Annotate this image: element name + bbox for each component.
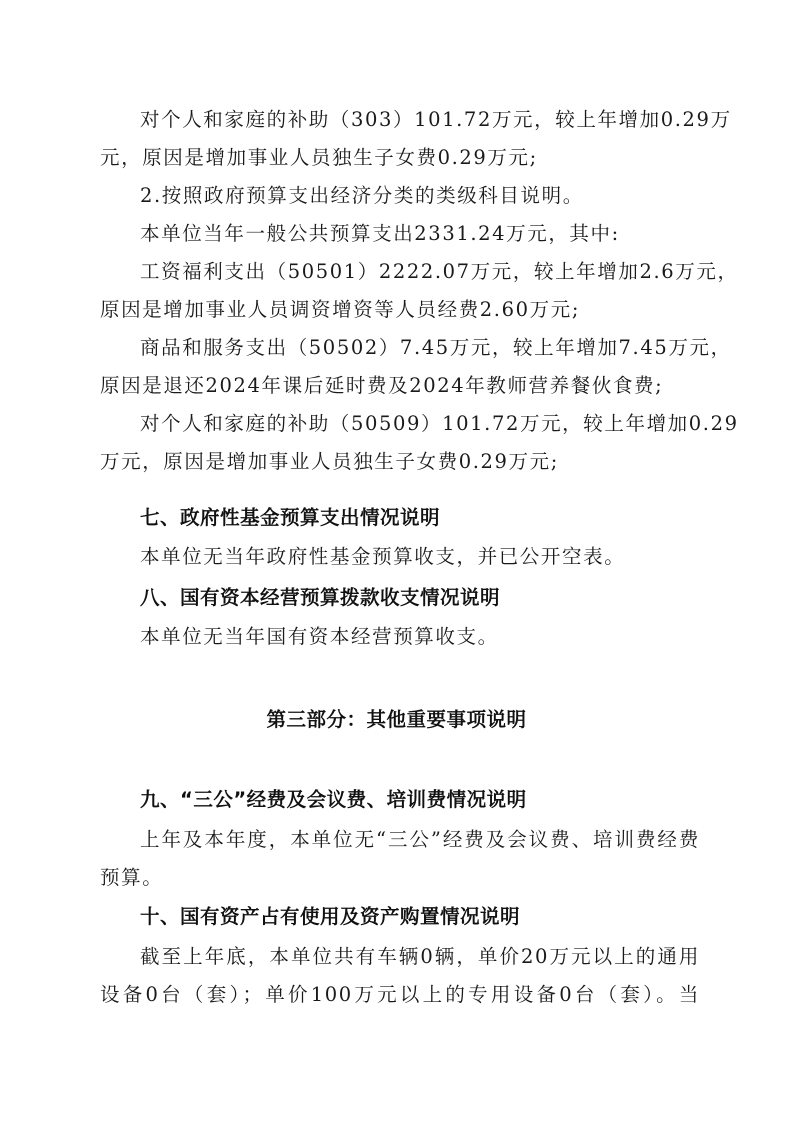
- document-page: 对个人和家庭的补助（303）101.72万元，较上年增加0.29万 元，原因是增…: [0, 0, 793, 1122]
- section-9-body-line: 预算。: [100, 866, 700, 890]
- section-10-body-line: 设备0台（套）；单价100万元以上的专用设备0台（套）。当: [100, 983, 700, 1007]
- paragraph-line: 万元，原因是增加事业人员独生子女费0.29万元;: [100, 450, 700, 474]
- paragraph-line: 对个人和家庭的补助（50509）101.72万元，较上年增加0.29: [140, 412, 700, 436]
- section-7-body: 本单位无当年政府性基金预算收支，并已公开空表。: [140, 545, 700, 569]
- paragraph-line: 原因是退还2024年课后延时费及2024年教师营养餐伙食费;: [100, 374, 700, 398]
- section-heading-8: 八、国有资本经营预算拨款收支情况说明: [140, 586, 500, 610]
- paragraph-line: 本单位当年一般公共预算支出2331.24万元，其中:: [140, 222, 700, 246]
- paragraph-line: 元，原因是增加事业人员独生子女费0.29万元;: [100, 146, 700, 170]
- section-9-body-line: 上年及本年度，本单位无“三公”经费及会议费、培训费经费: [140, 828, 700, 852]
- section-heading-10: 十、国有资产占有使用及资产购置情况说明: [140, 905, 520, 929]
- part-three-title: 第三部分：其他重要事项说明: [0, 708, 793, 732]
- section-heading-7: 七、政府性基金预算支出情况说明: [140, 506, 440, 530]
- section-10-body-line: 截至上年底，本单位共有车辆0辆，单价20万元以上的通用: [140, 945, 700, 969]
- paragraph-line: 工资福利支出（50501）2222.07万元，较上年增加2.6万元，: [140, 260, 700, 284]
- paragraph-line: 商品和服务支出（50502）7.45万元，较上年增加7.45万元，: [140, 336, 700, 360]
- section-8-body: 本单位无当年国有资本经营预算收支。: [140, 625, 700, 649]
- section-heading-9: 九、“三公”经费及会议费、培训费情况说明: [140, 788, 527, 812]
- paragraph-line: 原因是增加事业人员调资增资等人员经费2.60万元;: [100, 298, 700, 322]
- paragraph-line: 2.按照政府预算支出经济分类的类级科目说明。: [140, 184, 700, 208]
- paragraph-line: 对个人和家庭的补助（303）101.72万元，较上年增加0.29万: [140, 108, 700, 132]
